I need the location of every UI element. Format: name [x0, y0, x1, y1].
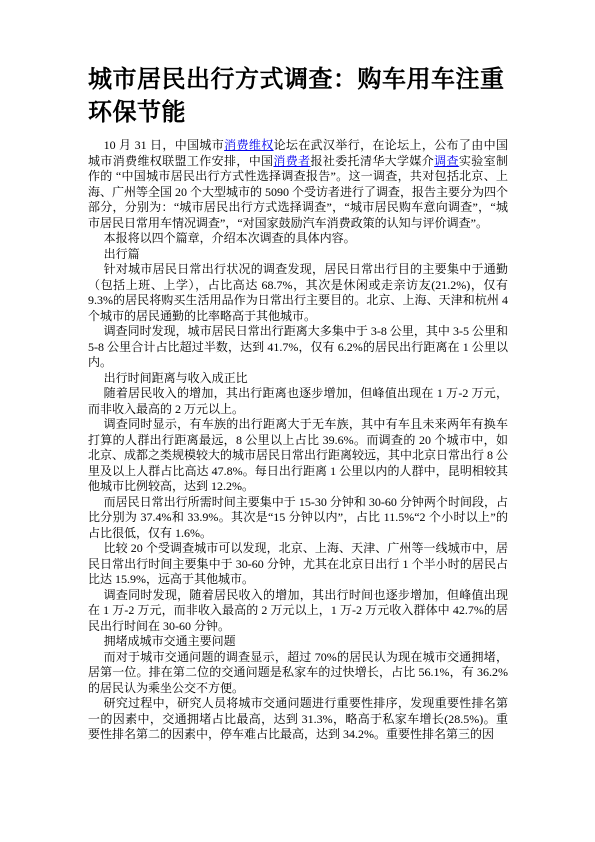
paragraph-income-time: 调查同时发现，随着居民收入的增加，其出行时间也逐步增加，但峰值出现在 1 万-2…	[88, 588, 508, 635]
paragraph-income-distance: 随着居民收入的增加，其出行距离也逐步增加，但峰值出现在 1 万-2 万元，而非收…	[88, 386, 508, 417]
section-heading-travel: 出行篇	[88, 247, 508, 263]
link-consumer[interactable]: 消费者	[273, 154, 310, 168]
paragraph-travel-distance: 调查同时发现，城市居民日常出行距离大多集中于 3-8 公里，其中 3-5 公里和…	[88, 324, 508, 371]
section-heading-congestion: 拥堵成城市交通主要问题	[88, 634, 508, 650]
paragraph-travel-time: 而居民日常出行所需时间主要集中于 15-30 分钟和 30-60 分钟两个时间段…	[88, 495, 508, 542]
paragraph-car-owner-distance: 调查同时显示，有车族的出行距离大于无车族，其中有车且未来两年有换车打算的人群出行…	[88, 417, 508, 495]
section-heading-time-income: 出行时间距离与收入成正比	[88, 371, 508, 387]
paragraph-traffic-problems: 而对于城市交通问题的调查显示，超过 70%的居民认为现在城市交通拥堵，居第一位。…	[88, 650, 508, 697]
intro-text-segment: 报社委托清华大学媒介	[311, 154, 435, 168]
paragraph-report-note: 本报将以四个篇章，介绍本次调查的具体内容。	[88, 231, 508, 247]
paragraph-travel-purpose: 针对城市居民日常出行状况的调查发现，居民日常出行目的主要集中于通勤（包括上班、上…	[88, 262, 508, 324]
link-consumer-rights[interactable]: 消费维权	[224, 138, 273, 152]
page-title: 城市居民出行方式调查：购车用车注重环保节能	[88, 64, 508, 130]
link-survey[interactable]: 调查	[434, 154, 459, 168]
paragraph-importance-ranking: 研究过程中，研究人员将城市交通问题进行重要性排序，发现重要性排名第一的因素中，交…	[88, 696, 508, 743]
article-body: 10 月 31 日，中国城市消费维权论坛在武汉举行，在论坛上，公布了由中国城市消…	[88, 138, 508, 743]
intro-text-segment: 10 月 31 日，中国城市	[104, 138, 225, 152]
page-title-line-2: 环保节能	[88, 100, 186, 126]
document-page: 城市居民出行方式调查：购车用车注重环保节能 10 月 31 日，中国城市消费维权…	[0, 0, 595, 842]
paragraph-city-comparison: 比较 20 个受调查城市可以发现，北京、上海、天津、广州等一线城市中，居民日常出…	[88, 541, 508, 588]
paragraph-intro: 10 月 31 日，中国城市消费维权论坛在武汉举行，在论坛上，公布了由中国城市消…	[88, 138, 508, 231]
page-title-line-1: 城市居民出行方式调查：购车用车注重	[88, 67, 505, 93]
